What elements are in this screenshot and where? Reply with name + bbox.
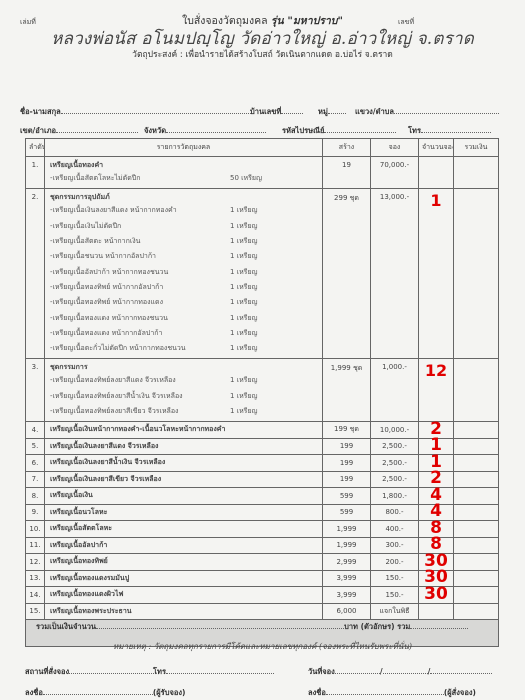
sub-item-count: 1 เหรียญ xyxy=(230,297,258,308)
sub-item-name: -เหรียญเนื้อเงินไม่ตัดปีก xyxy=(50,221,230,232)
built-count: 3,999 xyxy=(323,570,371,587)
name-blank[interactable] xyxy=(61,105,251,114)
price: 13,000.- xyxy=(371,189,419,359)
price: 300.- xyxy=(371,537,419,554)
price: 400.- xyxy=(371,521,419,538)
price: 150.- xyxy=(371,587,419,604)
row-number: 13. xyxy=(26,570,45,587)
price: 2,500.- xyxy=(371,455,419,472)
sub-item-name: -เหรียญเนื้อสัตตะ หน้ากากเงิน xyxy=(50,236,230,247)
col-header-qty: จำนวนจอง xyxy=(419,139,454,157)
table-row: 15.เหรียญเนื้อทองพระประธาน6,000แจกในพิธี xyxy=(26,603,499,620)
subtotal-cell[interactable] xyxy=(454,537,499,554)
price: 10,000.- xyxy=(371,422,419,439)
sub-item: -เหรียญเนื้อสัตตะ หน้ากากเงิน1 เหรียญ xyxy=(50,234,319,249)
postcode-blank[interactable] xyxy=(324,124,396,133)
subtotal-cell[interactable] xyxy=(454,587,499,604)
subtotal-cell[interactable] xyxy=(454,554,499,571)
sub-item: -เหรียญเนื้อชนวน หน้ากากอัลปาก้า1 เหรียญ xyxy=(50,249,319,264)
sub-item: -เหรียญเนื้อทองทิพย์ลงยาสีน้ำเงิน จีวรเห… xyxy=(50,389,319,404)
col-header-no: ลำดับ xyxy=(26,139,45,157)
remark-note: หมายเหตุ : วัตถุมงคลทุกรายการมีโค้ดและหม… xyxy=(0,640,525,653)
sub-item-name: -เหรียญเนื้อทองทิพย์ลงยาสีเขียว จีวรเหลื… xyxy=(50,406,230,417)
sub-item-count: 1 เหรียญ xyxy=(230,343,258,354)
subtotal-cell[interactable] xyxy=(454,504,499,521)
subtotal-cell[interactable] xyxy=(454,157,499,189)
built-count: 199 xyxy=(323,455,371,472)
sub-item: -เหรียญเนื้อเงินลงยาสีแดง หน้ากากทองคำ1 … xyxy=(50,203,319,218)
row-number: 5. xyxy=(26,438,45,455)
sub-item-name: -เหรียญเนื้อทองแดง หน้ากากอัลปาก้า xyxy=(50,328,230,339)
district-blank[interactable] xyxy=(56,124,138,133)
item-title: ชุดกรรมการอุปถัมภ์ xyxy=(50,192,319,203)
row-number: 2. xyxy=(26,189,45,359)
sum-blank[interactable] xyxy=(410,620,468,629)
sub-item-name: -เหรียญเนื้ออัลปาก้า หน้ากากทองชนวน xyxy=(50,267,230,278)
sub-item-name: -เหรียญเนื้อทองทิพย์ หน้ากากอัลปาก้า xyxy=(50,282,230,293)
sub-item-count: 1 เหรียญ xyxy=(230,221,258,232)
col-header-price: จอง xyxy=(371,139,419,157)
orderer-sign-blank[interactable] xyxy=(326,686,444,695)
sub-item-name: -เหรียญเนื้อเงินลงยาสีแดง หน้ากากทองคำ xyxy=(50,205,230,216)
item-title: เหรียญเนื้อเงินลงยาสีน้ำเงิน จีวรเหลือง xyxy=(50,457,319,468)
sub-item: -เหรียญเนื้อทองทิพย์ลงยาสีเขียว จีวรเหลื… xyxy=(50,404,319,419)
name-field[interactable]: ชื่อ-นามสกุล xyxy=(20,105,251,118)
price: 200.- xyxy=(371,554,419,571)
row-number: 9. xyxy=(26,504,45,521)
moo-field[interactable]: หมู่ xyxy=(318,105,346,118)
sub-item-count: 1 เหรียญ xyxy=(230,236,258,247)
price: 1,000.- xyxy=(371,359,419,422)
sub-item: -เหรียญเนื้อสัตตโลหะไม่ตัดปีก50 เหรียญ xyxy=(50,171,319,186)
sub-item-name: -เหรียญเนื้อทองทิพย์ลงยาสีแดง จีวรเหลือง xyxy=(50,375,230,386)
table-header-row: ลำดับ รายการวัตถุมงคล สร้าง จอง จำนวนจอง… xyxy=(26,139,499,157)
subtotal-cell[interactable] xyxy=(454,422,499,439)
subdistrict-field[interactable]: แขวง/ตำบล xyxy=(355,105,499,118)
price: 800.- xyxy=(371,504,419,521)
sub-item: -เหรียญเนื้อทองแดง หน้ากากอัลปาก้า1 เหรี… xyxy=(50,326,319,341)
house-no-blank[interactable] xyxy=(281,105,303,114)
subtotal-cell[interactable] xyxy=(454,521,499,538)
built-count: 1,999 ชุด xyxy=(323,359,371,422)
table-row-group: 1.เหรียญเนื้อทองคำ-เหรียญเนื้อสัตตโลหะไม… xyxy=(26,157,499,189)
col-header-total: รวมเงิน xyxy=(454,139,499,157)
sub-item-count: 1 เหรียญ xyxy=(230,251,258,262)
item-title: เหรียญเนื้อทองพระประธาน xyxy=(50,606,319,617)
sub-item: -เหรียญเนื้อทองทิพย์ลงยาสีแดง จีวรเหลือง… xyxy=(50,373,319,388)
date-day-blank[interactable] xyxy=(335,665,380,674)
item-title: เหรียญเนื้อทองคำ xyxy=(50,160,319,171)
price: 150.- xyxy=(371,570,419,587)
sub-item-count: 1 เหรียญ xyxy=(230,406,258,417)
built-count: 599 xyxy=(323,488,371,505)
sum-label: รวม xyxy=(397,622,410,631)
subtotal-cell[interactable] xyxy=(454,570,499,587)
phone-field[interactable]: โทร xyxy=(408,124,491,137)
province-field[interactable]: จังหวัด xyxy=(144,124,266,137)
phone-blank[interactable] xyxy=(421,124,491,133)
sub-item-count: 50 เหรียญ xyxy=(230,173,262,184)
house-no-field[interactable]: บ้านเลขที่ xyxy=(250,105,303,118)
orderer-signature-field[interactable]: ลงชื่อ(ผู้สั่งจอง) xyxy=(308,686,476,699)
subtotal-cell[interactable] xyxy=(454,455,499,472)
built-count: 199 xyxy=(323,438,371,455)
sub-item: -เหรียญเนื้อทองทิพย์ หน้ากากอัลปาก้า1 เห… xyxy=(50,280,319,295)
built-count: 3,999 xyxy=(323,587,371,604)
built-count: 2,999 xyxy=(323,554,371,571)
sub-item: -เหรียญเนื้อทองทิพย์ หน้ากากทองแดง1 เหรี… xyxy=(50,295,319,310)
price: 70,000.- xyxy=(371,157,419,189)
sub-item-name: -เหรียญเนื้อทองทิพย์ลงยาสีน้ำเงิน จีวรเห… xyxy=(50,391,230,402)
total-label: รวมเป็นเงินจำนวน xyxy=(36,622,96,631)
sub-item-count: 1 เหรียญ xyxy=(230,267,258,278)
item-title: เหรียญเนื้อเงิน xyxy=(50,490,319,501)
receiver-signature-field[interactable]: ลงชื่อ(ผู้รับจอง) xyxy=(25,686,185,699)
subtotal-cell[interactable] xyxy=(454,603,499,620)
item-title: เหรียญเนื้อนวโลหะ xyxy=(50,507,319,518)
item-title: เหรียญเนื้ออัลปาก้า xyxy=(50,540,319,551)
subtotal-cell[interactable] xyxy=(454,471,499,488)
moo-blank[interactable] xyxy=(328,105,346,114)
qty-cell[interactable] xyxy=(419,603,454,620)
price: 1,800.- xyxy=(371,488,419,505)
row-number: 6. xyxy=(26,455,45,472)
price: 2,500.- xyxy=(371,438,419,455)
built-count: 599 xyxy=(323,504,371,521)
row-number: 4. xyxy=(26,422,45,439)
receiver-sign-blank[interactable] xyxy=(43,686,153,695)
subtotal-cell[interactable] xyxy=(454,189,499,359)
handwritten-qty: 30 xyxy=(419,584,454,604)
sub-item: -เหรียญเนื้อทองแดง หน้ากากทองชนวน1 เหรีย… xyxy=(50,310,319,325)
row-number: 8. xyxy=(26,488,45,505)
sub-item-name: -เหรียญเนื้อทองแดง หน้ากากทองชนวน xyxy=(50,313,230,324)
handwritten-qty: 12 xyxy=(419,361,454,380)
province-blank[interactable] xyxy=(166,124,266,133)
date-year-blank[interactable] xyxy=(430,665,492,674)
district-field[interactable]: เขต/อำเภอ xyxy=(20,124,138,137)
sub-item: -เหรียญเนื้อเงินไม่ตัดปีก1 เหรียญ xyxy=(50,219,319,234)
subtotal-cell[interactable] xyxy=(454,488,499,505)
sub-item-name: -เหรียญเนื้อทองทิพย์ หน้ากากทองแดง xyxy=(50,297,230,308)
col-header-item: รายการวัตถุมงคล xyxy=(45,139,323,157)
qty-cell[interactable] xyxy=(419,157,454,189)
item-title: ชุดกรรมการ xyxy=(50,362,319,373)
item-title: เหรียญเนื้อทองทิพย์ xyxy=(50,556,319,567)
row-number: 12. xyxy=(26,554,45,571)
col-header-built: สร้าง xyxy=(323,139,371,157)
sub-item-name: -เหรียญเนื้อสัตตโลหะไม่ตัดปีก xyxy=(50,173,230,184)
sub-item-count: 1 เหรียญ xyxy=(230,282,258,293)
item-title: เหรียญเนื้อทองแดงผิวไฟ xyxy=(50,589,319,600)
total-amount-blank[interactable] xyxy=(96,620,344,629)
row-number: 3. xyxy=(26,359,45,422)
footer-phone-blank[interactable] xyxy=(166,665,274,674)
sub-item-count: 1 เหรียญ xyxy=(230,328,258,339)
sub-item-name: -เหรียญเนื้อชนวน หน้ากากอัลปาก้า xyxy=(50,251,230,262)
sub-item-name: -เหรียญเนื้อตะกั่วไม่ตัดปีก หน้ากากทองชน… xyxy=(50,343,230,354)
sub-item: -เหรียญเนื้ออัลปาก้า หน้ากากทองชนวน1 เหร… xyxy=(50,264,319,279)
item-title: เหรียญเนื้อทองแดงรมมันปู xyxy=(50,573,319,584)
row-number: 10. xyxy=(26,521,45,538)
postcode-field[interactable]: รหัสไปรษณีย์ xyxy=(282,124,396,137)
table-row-group: 2.ชุดกรรมการอุปถัมภ์-เหรียญเนื้อเงินลงยา… xyxy=(26,189,499,359)
sub-item-count: 1 เหรียญ xyxy=(230,205,258,216)
sub-item-count: 1 เหรียญ xyxy=(230,391,258,402)
built-count: 19 xyxy=(323,157,371,189)
price: 2,500.- xyxy=(371,471,419,488)
sub-item-count: 1 เหรียญ xyxy=(230,375,258,386)
baht-words-label: บาท (ตัวอักษร) xyxy=(344,622,394,631)
item-title: เหรียญเนื้อสัตตโลหะ xyxy=(50,523,319,534)
built-count: 6,000 xyxy=(323,603,371,620)
row-number: 15. xyxy=(26,603,45,620)
sub-item-count: 1 เหรียญ xyxy=(230,313,258,324)
order-place-blank[interactable] xyxy=(69,665,154,674)
built-count: 199 ชุด xyxy=(323,422,371,439)
row-number: 7. xyxy=(26,471,45,488)
subdistrict-blank[interactable] xyxy=(394,105,499,114)
price: แจกในพิธี xyxy=(371,603,419,620)
purpose-text: วัตถุประสงค์ : เพื่อนำรายได้สร้างโบสถ์ ว… xyxy=(0,47,525,61)
row-number: 1. xyxy=(26,157,45,189)
qty-cell[interactable] xyxy=(419,189,454,359)
item-title: เหรียญเนื้อเงินหน้ากากทองคำ-เนื้อนวโลหะห… xyxy=(50,424,319,435)
built-count: 199 xyxy=(323,471,371,488)
order-date-field[interactable]: วันที่จอง// xyxy=(308,665,492,678)
order-place-field[interactable]: สถานที่สั่งจอง xyxy=(25,665,154,678)
built-count: 1,999 xyxy=(323,521,371,538)
date-month-blank[interactable] xyxy=(383,665,428,674)
row-number: 14. xyxy=(26,587,45,604)
sub-item: -เหรียญเนื้อตะกั่วไม่ตัดปีก หน้ากากทองชน… xyxy=(50,341,319,356)
built-count: 1,999 xyxy=(323,537,371,554)
row-number: 11. xyxy=(26,537,45,554)
item-title: เหรียญเนื้อเงินลงยาสีแดง จีวรเหลือง xyxy=(50,441,319,452)
item-title: เหรียญเนื้อเงินลงยาสีเขียว จีวรเหลือง xyxy=(50,474,319,485)
footer-phone-field[interactable]: โทร xyxy=(153,665,274,678)
subtotal-cell[interactable] xyxy=(454,359,499,422)
handwritten-qty: 1 xyxy=(419,191,454,210)
subtotal-cell[interactable] xyxy=(454,438,499,455)
built-count: 299 ชุด xyxy=(323,189,371,359)
